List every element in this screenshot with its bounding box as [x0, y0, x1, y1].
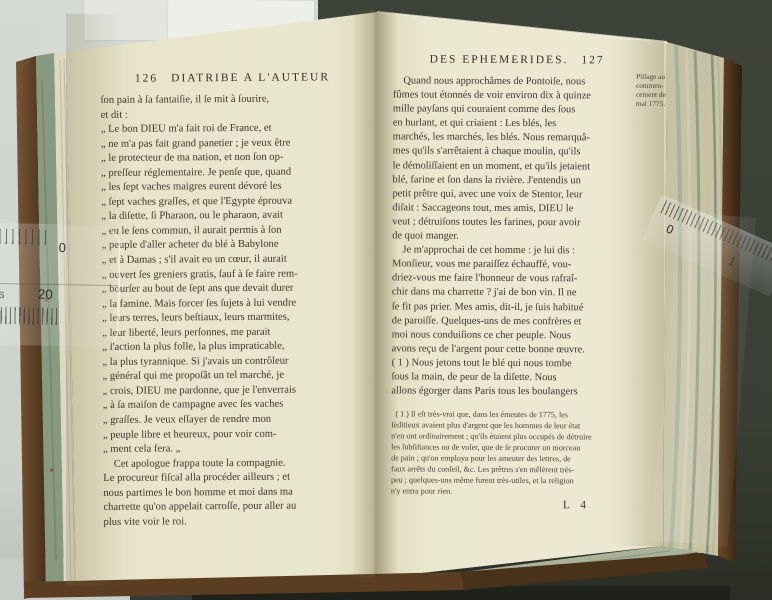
footnote: ( 1 ) Il eſt très-vrai que, dans les éme… [391, 409, 639, 498]
text-line: commen- [636, 81, 690, 90]
ruler-ticks [0, 229, 51, 245]
ruler-label-0: 0 [59, 240, 66, 255]
ruler-ghost-text: a [0, 287, 5, 301]
text-line: avons reçu de l'argent pour cette bonne … [392, 342, 640, 357]
left-transparent-ruler: 0 a 20 [0, 223, 121, 347]
text-line: Monſieur, vous me paraiſſez échauffé, vo… [392, 258, 640, 273]
text-line: plus vite voir le roi. [103, 514, 367, 530]
text-line: de paroiſſe. Quelques-uns de mes confrèr… [392, 314, 640, 329]
text-line: Quand nous approchâmes de Pontoiſe, nous [393, 74, 641, 89]
left-page-body: ſon pain à ſa fantaiſie, il ſe mit à ſou… [101, 92, 368, 530]
text-line: de quoi manger. [392, 229, 640, 244]
signature-mark: L 4 [391, 499, 639, 512]
right-running-title: DES EPHEMERIDES. [430, 54, 569, 67]
ruler-label-20: 20 [38, 287, 53, 302]
text-line: mai 1775. [636, 99, 690, 108]
left-page-number: 126 [135, 73, 158, 85]
ruler-seam-line [0, 283, 118, 286]
text-line: blé, farine et ſon dans la rivière. J'en… [392, 173, 640, 188]
text-line: ſous la main, de peur de la diſette. Nou… [391, 370, 639, 385]
right-page-header: DES EPHEMERIDES. 127 [393, 53, 641, 66]
text-line: ( 1 ) Nous jetons tout le blé qui nous t… [392, 356, 640, 371]
text-line: Je m'approchai de cet homme : je lui dis… [392, 243, 640, 258]
margin-note: Pillage aucommen-cement demai 1775. [636, 72, 690, 108]
text-line: cement de [636, 90, 690, 99]
text-line: le démoliſſaient en un moment, et qu'ils… [393, 159, 641, 174]
right-page-text: DES EPHEMERIDES. 127 Quand nous approchâ… [391, 53, 641, 511]
text-line: Pillage au [636, 72, 690, 81]
text-line: driez-vous me faire l'honneur de vous ra… [392, 272, 640, 287]
photo-scene: 126 DIATRIBE A L'AUTEUR ſon pain à ſa fa… [0, 0, 772, 600]
text-line: petit prêtre qui, avec une voix de Stent… [392, 187, 640, 202]
left-page-header: 126 DIATRIBE A L'AUTEUR [100, 71, 364, 85]
text-line: marchés, les marchés, les blés. Nous rem… [393, 131, 641, 146]
text-line: mille payſans qui couraient comme des ſo… [393, 103, 641, 118]
text-line: chir dans ma charrette ? j'ai de bon vin… [392, 286, 640, 301]
text-line: en hurlant, et qui criaient : Les blés, … [393, 117, 641, 132]
right-page-number: 127 [581, 54, 604, 66]
text-line: allons égorger dans Paris tous les boula… [391, 384, 639, 399]
text-line: veut ; détruiſons toutes les farines, po… [392, 215, 640, 230]
text-line: mes qu'ils s'arrêtaient à chaque moulin,… [393, 145, 641, 160]
left-page-text: 126 DIATRIBE A L'AUTEUR ſon pain à ſa fa… [100, 71, 367, 530]
right-page-body: Quand nous approchâmes de Pontoiſe, nous… [391, 74, 641, 399]
text-line: n'y entra pour rien. [391, 486, 639, 498]
text-line: moi nous conduiſions ce cher peuple. Nou… [392, 328, 640, 343]
text-line: fûmes tout étonnés de voir environ dix à… [393, 88, 641, 103]
ruler-label-0: 0 [664, 222, 676, 238]
text-line: diſait : Saccageons tout, mes amis, DIEU… [392, 201, 640, 216]
marble-speck [50, 468, 54, 472]
ruler-ticks [0, 307, 58, 325]
text-line: ſe fit pas prier. Mes amis, dit-il, je ſ… [392, 300, 640, 315]
left-running-title: DIATRIBE A L'AUTEUR [171, 71, 330, 84]
